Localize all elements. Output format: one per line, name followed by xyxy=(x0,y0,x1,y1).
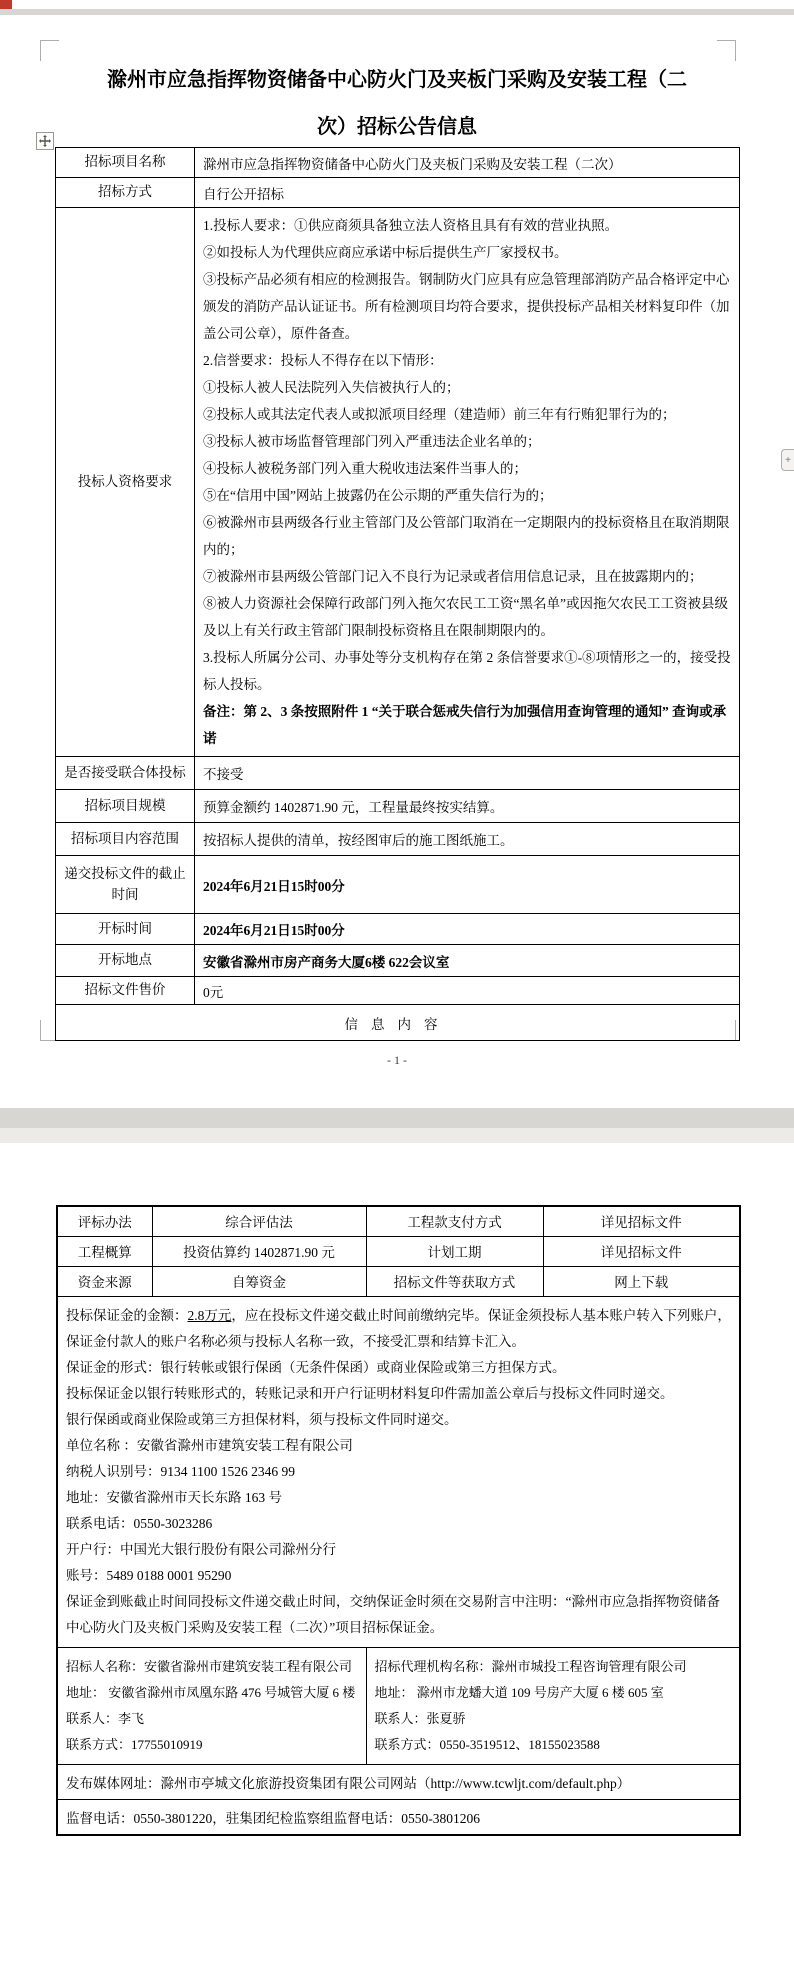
table-row: 监督电话：0550-3801220，驻集团纪检监察组监督电话：0550-3801… xyxy=(57,1799,740,1835)
margin-mark-icon xyxy=(717,40,736,61)
bidder-phone: 联系方式：17755010919 xyxy=(66,1732,358,1758)
table-row: 招标项目规模 预算金额约 1402871.90 元，工程量最终按实结算。 xyxy=(56,790,740,823)
agency-address: 地址： 滁州市龙蟠大道 109 号房产大厦 6 楼 605 室 xyxy=(375,1680,732,1706)
bidder-name: 招标人名称：安徽省滁州市建筑安装工程有限公司 xyxy=(66,1654,358,1680)
agency-contact-block: 招标代理机构名称：滁州市城投工程咨询管理有限公司 地址： 滁州市龙蟠大道 109… xyxy=(366,1647,740,1764)
field-label: 工程款支付方式 xyxy=(366,1206,543,1236)
paragraph: 地址：安徽省滁州市天长东路 163 号 xyxy=(66,1485,731,1511)
field-value: 按招标人提供的清单，按经图审后的施工图纸施工。 xyxy=(195,823,740,856)
field-value: 自行公开招标 xyxy=(195,178,740,208)
paragraph: 银行保函或商业保险或第三方担保材料，须与投标文件同时递交。 xyxy=(66,1407,731,1433)
paragraph: ⑥被滁州市县两级各行业主管部门及公管部门取消在一定期限内的投标资格且在取消期限内… xyxy=(203,509,731,563)
side-panel-handle[interactable]: + xyxy=(781,449,794,471)
field-value: 详见招标文件 xyxy=(543,1206,740,1236)
paragraph: ①投标人被人民法院列入失信被执行人的； xyxy=(203,374,731,401)
table-row: 招标项目名称 滁州市应急指挥物资储备中心防火门及夹板门采购及安装工程（二次） xyxy=(56,148,740,178)
deposit-amount-prefix: 投标保证金的金额： xyxy=(66,1308,188,1323)
table-row: 信息内容 xyxy=(56,1005,740,1041)
paragraph: 投标保证金的金额：2.8万元，应在投标文件递交截止时间前缴纳完毕。保证金须投标人… xyxy=(66,1303,731,1355)
info-content-banner: 信息内容 xyxy=(56,1005,740,1041)
paragraph: 联系电话：0550-3023286 xyxy=(66,1511,731,1537)
agency-contact-person: 联系人：张夏骄 xyxy=(375,1706,732,1732)
bidder-contact-block: 招标人名称：安徽省滁州市建筑安装工程有限公司 地址： 安徽省滁州市凤凰东路 47… xyxy=(57,1647,366,1764)
paragraph: ②投标人或其法定代表人或拟派项目经理（建造师）前三年有行贿犯罪行为的； xyxy=(203,401,731,428)
field-label: 招标文件等获取方式 xyxy=(366,1266,543,1296)
field-value: 2024年6月21日15时00分 xyxy=(195,914,740,945)
paragraph: 2.信誉要求：投标人不得存在以下情形： xyxy=(203,347,731,374)
field-label: 招标项目名称 xyxy=(56,148,195,178)
field-label: 招标文件售价 xyxy=(56,977,195,1005)
bidder-address: 地址： 安徽省滁州市凤凰东路 476 号城管大厦 6 楼 xyxy=(66,1680,358,1706)
field-value: 滁州市应急指挥物资储备中心防火门及夹板门采购及安装工程（二次） xyxy=(195,148,740,178)
supervision-phone: 监督电话：0550-3801220，驻集团纪检监察组监督电话：0550-3801… xyxy=(57,1799,740,1835)
paragraph: 保证金到账截止时间同投标文件递交截止时间，交纳保证金时须在交易附言中注明：“滁州… xyxy=(66,1589,731,1641)
table-row: 开标地点 安徽省滁州市房产商务大厦6楼 622会议室 xyxy=(56,945,740,977)
paragraph: 单位名称 ：安徽省滁州市建筑安装工程有限公司 xyxy=(66,1433,731,1459)
field-label: 工程概算 xyxy=(57,1236,152,1266)
document-page-2: 评标办法 综合评估法 工程款支付方式 详见招标文件 工程概算 投资估算约 140… xyxy=(0,1143,794,1965)
paragraph: ③投标人被市场监督管理部门列入严重违法企业名单的； xyxy=(203,428,731,455)
paragraph: 账号：5489 0188 0001 95290 xyxy=(66,1563,731,1589)
table-row: 发布媒体网址：滁州市亭城文化旅游投资集团有限公司网站（http://www.tc… xyxy=(57,1764,740,1799)
table-row: 投标保证金的金额：2.8万元，应在投标文件递交截止时间前缴纳完毕。保证金须投标人… xyxy=(57,1296,740,1647)
page-gap-shadow xyxy=(0,1128,794,1143)
field-label: 评标办法 xyxy=(57,1206,152,1236)
field-label: 招标项目规模 xyxy=(56,790,195,823)
field-label: 开标时间 xyxy=(56,914,195,945)
paragraph: ⑤在“信用中国”网站上披露仍在公示期的严重失信行为的； xyxy=(203,482,731,509)
field-value: 详见招标文件 xyxy=(543,1236,740,1266)
announcement-table: 招标项目名称 滁州市应急指挥物资储备中心防火门及夹板门采购及安装工程（二次） 招… xyxy=(55,147,740,1041)
field-label: 递交投标文件的截止时间 xyxy=(56,856,195,914)
table-row: 开标时间 2024年6月21日15时00分 xyxy=(56,914,740,945)
field-value: 自筹资金 xyxy=(152,1266,366,1296)
field-value: 不接受 xyxy=(195,757,740,790)
field-value: 网上下载 xyxy=(543,1266,740,1296)
table-row: 投标人资格要求 1.投标人要求：①供应商须具备独立法人资格且具有有效的营业执照。… xyxy=(56,208,740,757)
table-row: 招标项目内容范围 按招标人提供的清单，按经图审后的施工图纸施工。 xyxy=(56,823,740,856)
table-row: 是否接受联合体投标 不接受 xyxy=(56,757,740,790)
field-value: 安徽省滁州市房产商务大厦6楼 622会议室 xyxy=(195,945,740,977)
table-row: 招标方式 自行公开招标 xyxy=(56,178,740,208)
info-content-table: 评标办法 综合评估法 工程款支付方式 详见招标文件 工程概算 投资估算约 140… xyxy=(56,1205,741,1836)
paragraph: 纳税人识别号：9134 1100 1526 2346 99 xyxy=(66,1459,731,1485)
margin-mark-icon xyxy=(40,40,59,61)
table-row: 资金来源 自筹资金 招标文件等获取方式 网上下载 xyxy=(57,1266,740,1296)
field-value: 投资估算约 1402871.90 元 xyxy=(152,1236,366,1266)
table-row: 工程概算 投资估算约 1402871.90 元 计划工期 详见招标文件 xyxy=(57,1236,740,1266)
page-title: 滁州市应急指挥物资储备中心防火门及夹板门采购及安装工程（二次）招标公告信息 xyxy=(99,57,695,151)
field-value: 0元 xyxy=(195,977,740,1005)
paragraph: 3.投标人所属分公司、办事处等分支机构存在第 2 条信誉要求①-⑧项情形之一的，… xyxy=(203,644,731,698)
qualification-text: 1.投标人要求：①供应商须具备独立法人资格且具有有效的营业执照。 ②如投标人为代… xyxy=(195,208,740,757)
field-label: 计划工期 xyxy=(366,1236,543,1266)
move-arrows-icon xyxy=(39,135,51,147)
field-label: 是否接受联合体投标 xyxy=(56,757,195,790)
paragraph: ⑦被滁州市县两级公管部门记入不良行为记录或者信用信息记录，且在披露期内的； xyxy=(203,563,731,590)
paragraph: 投标保证金以银行转账形式的，转账记录和开户行证明材料复印件需加盖公章后与投标文件… xyxy=(66,1381,731,1407)
bidder-contact-person: 联系人：李飞 xyxy=(66,1706,358,1732)
page-gap xyxy=(0,1108,794,1128)
paragraph: ③投标产品必须有相应的检测报告。钢制防火门应具有应急管理部消防产品合格评定中心颁… xyxy=(203,266,731,347)
document-page-1: 滁州市应急指挥物资储备中心防火门及夹板门采购及安装工程（二次）招标公告信息 招标… xyxy=(0,15,794,1108)
table-row: 递交投标文件的截止时间 2024年6月21日15时00分 xyxy=(56,856,740,914)
field-value: 综合评估法 xyxy=(152,1206,366,1236)
field-label: 招标项目内容范围 xyxy=(56,823,195,856)
field-label: 资金来源 xyxy=(57,1266,152,1296)
field-value: 预算金额约 1402871.90 元，工程量最终按实结算。 xyxy=(195,790,740,823)
field-label: 开标地点 xyxy=(56,945,195,977)
paragraph: 1.投标人要求：①供应商须具备独立法人资格且具有有效的营业执照。 xyxy=(203,212,731,239)
note-paragraph: 备注：第 2、3 条按照附件 1 “关于联合惩戒失信行为加强信用查询管理的通知”… xyxy=(203,698,731,752)
paragraph: 开户行：中国光大银行股份有限公司滁州分行 xyxy=(66,1537,731,1563)
table-move-handle-icon[interactable] xyxy=(36,132,54,150)
table-row: 评标办法 综合评估法 工程款支付方式 详见招标文件 xyxy=(57,1206,740,1236)
field-value: 2024年6月21日15时00分 xyxy=(195,856,740,914)
paragraph: ②如投标人为代理供应商应承诺中标后提供生产厂家授权书。 xyxy=(203,239,731,266)
table-row: 招标文件售价 0元 xyxy=(56,977,740,1005)
paragraph: ⑧被人力资源社会保障行政部门列入拖欠农民工工资“黑名单”或因拖欠农民工工资被县级… xyxy=(203,590,731,644)
page-number: - 1 - xyxy=(0,1053,794,1068)
agency-name: 招标代理机构名称：滁州市城投工程咨询管理有限公司 xyxy=(375,1654,732,1680)
field-label: 招标方式 xyxy=(56,178,195,208)
agency-phone: 联系方式：0550-3519512、18155023588 xyxy=(375,1732,732,1758)
table-row: 招标人名称：安徽省滁州市建筑安装工程有限公司 地址： 安徽省滁州市凤凰东路 47… xyxy=(57,1647,740,1764)
deposit-amount: 2.8万元 xyxy=(188,1308,232,1323)
field-label: 投标人资格要求 xyxy=(56,208,195,757)
paragraph: 保证金的形式：银行转帐或银行保函（无条件保函）或商业保险或第三方担保方式。 xyxy=(66,1355,731,1381)
paragraph: ④投标人被税务部门列入重大税收违法案件当事人的； xyxy=(203,455,731,482)
deposit-text: 投标保证金的金额：2.8万元，应在投标文件递交截止时间前缴纳完毕。保证金须投标人… xyxy=(57,1296,740,1647)
publish-media-url: 发布媒体网址：滁州市亭城文化旅游投资集团有限公司网站（http://www.tc… xyxy=(57,1764,740,1799)
